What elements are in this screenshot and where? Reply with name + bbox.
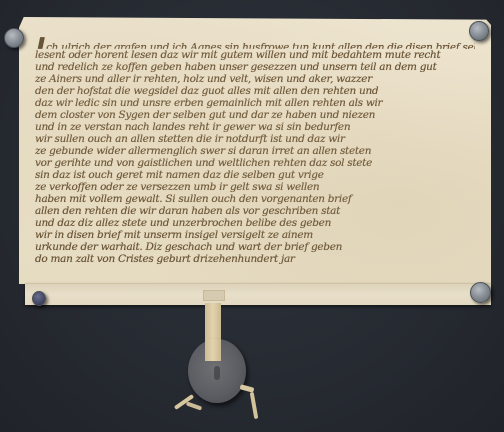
- text-line-14: haben mit vollem gewalt. Si sullen ouch …: [35, 193, 475, 204]
- text-line-10: ze gebunde wider allermenglich swer si d…: [35, 145, 475, 156]
- text-line-2: lesent oder horent lesen daz wir mit gut…: [35, 49, 475, 60]
- text-line-13: ze verkoffen oder ze versezzen umb ir ge…: [35, 181, 475, 192]
- mounting-pin-top-right-icon: [469, 21, 489, 41]
- seal-tag-overlay: [205, 339, 221, 361]
- text-line-18: urkunde der warhait. Diz geschach und wa…: [35, 241, 475, 252]
- text-line-17: wir in disen brief mit unserm insigel ve…: [35, 229, 475, 240]
- text-line-1: Jch ulrich der grafen und ich Agnes sin …: [35, 37, 475, 48]
- text-line-15: allen den rehten die wir daran haben als…: [35, 205, 475, 216]
- seal-impression-mark: [214, 366, 220, 380]
- text-line-6: daz wir ledic sin und unsre erben gemain…: [35, 97, 475, 108]
- text-line-12: sin daz ist ouch geret mit namen daz die…: [35, 169, 475, 180]
- mounting-pin-top-left-icon: [4, 28, 24, 48]
- text-line-16: und daz diz allez stete und unzerbrochen…: [35, 217, 475, 228]
- text-line-5: den der hofstat die wegsidel daz guot al…: [35, 85, 475, 96]
- parchment-charter: Jch ulrich der grafen und ich Agnes sin …: [19, 17, 491, 284]
- charter-text: Jch ulrich der grafen und ich Agnes sin …: [35, 37, 475, 265]
- text-line-19: do man zalt von Cristes geburt drizehenh…: [35, 253, 375, 264]
- mounting-pin-bottom-right-icon: [470, 282, 491, 303]
- text-line-9: wir sullen ouch an allen stetten die ir …: [35, 133, 475, 144]
- text-line-4: ze Ainers und aller ir rehten, holz und …: [35, 73, 475, 84]
- text-line-11: vor gerihte und von gaistlichen und welt…: [35, 157, 475, 168]
- text-line-7: dem closter von Sygen der selben gut und…: [35, 109, 475, 120]
- mounting-pin-bottom-left-icon: [32, 291, 46, 306]
- plica-fold: [25, 283, 491, 305]
- text-line-8: und in ze verstan nach landes reht ir ge…: [35, 121, 475, 132]
- text-line-3: und redelich ze koffen geben haben unser…: [35, 61, 475, 72]
- seal-tag-slot: [203, 290, 225, 301]
